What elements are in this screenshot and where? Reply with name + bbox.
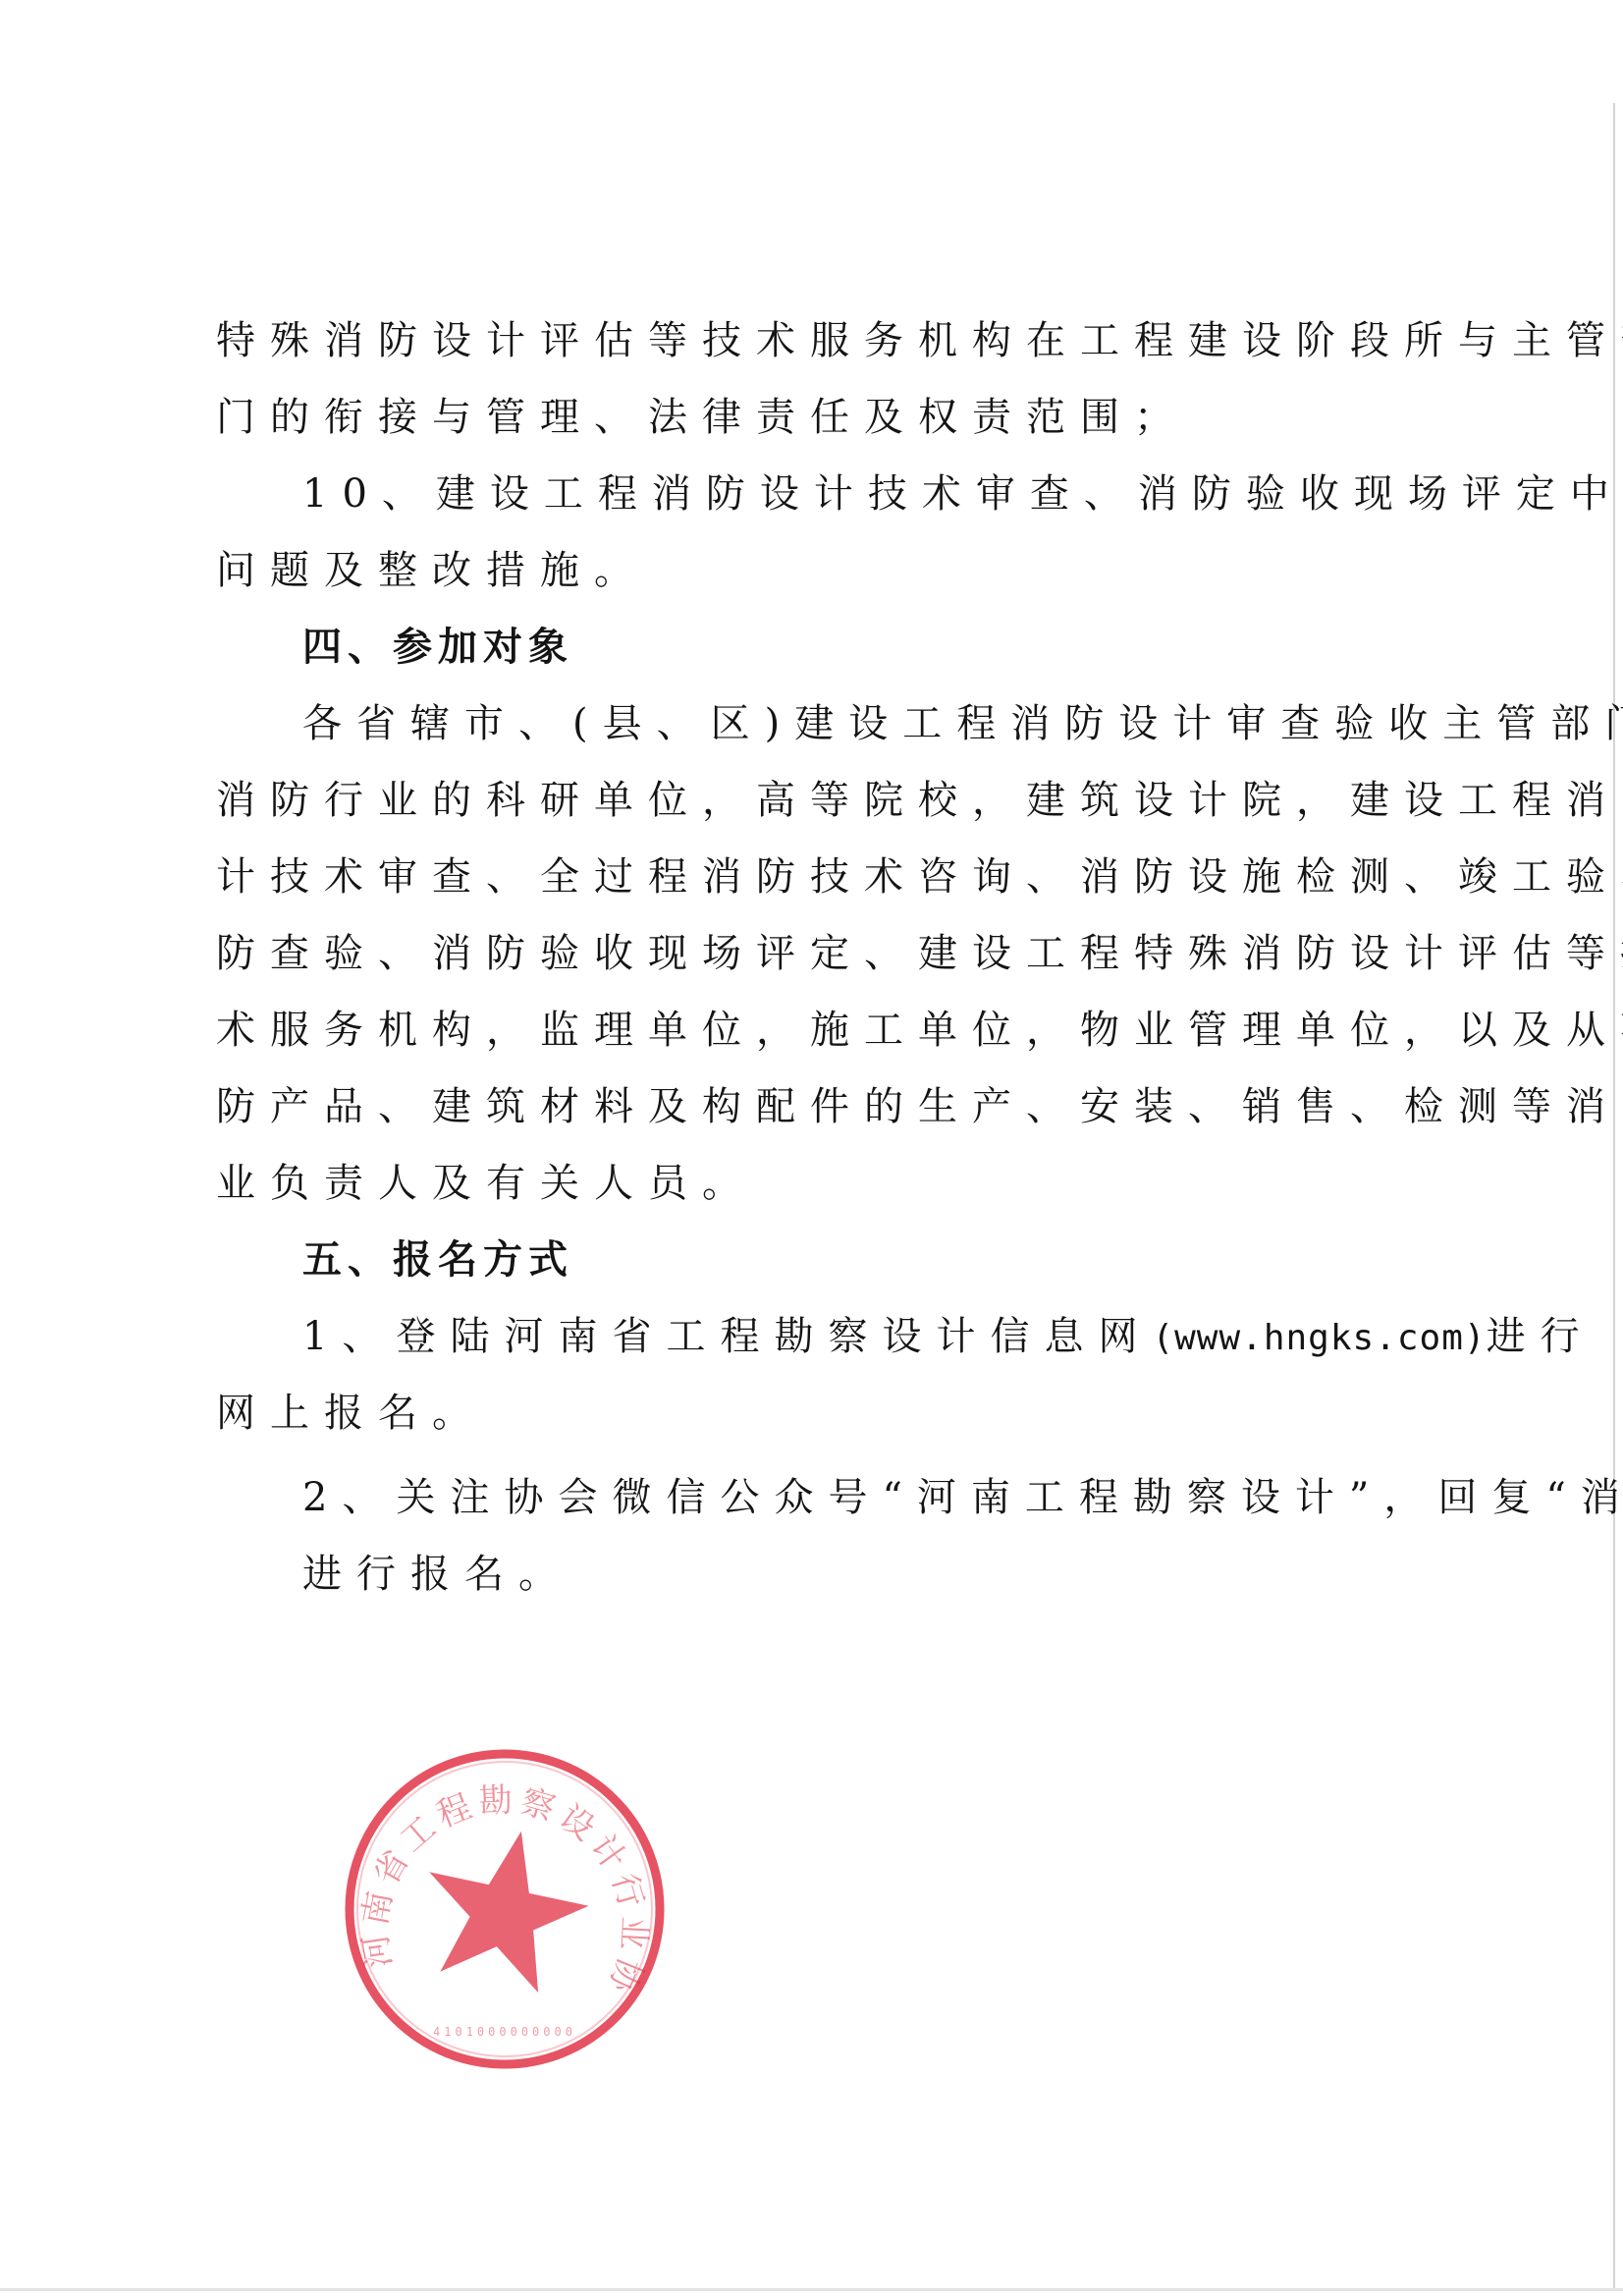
scan-edge-bottom: [0, 2288, 1623, 2291]
svg-text:4101000000000: 4101000000000: [433, 2025, 576, 2039]
red-star-seal-icon: 河南省工程勘察设计行业协会 4101000000000: [339, 1743, 671, 2075]
website-link[interactable]: (www.hngks.com): [1152, 1318, 1486, 1358]
paragraph-line: 防产品、建筑材料及构配件的生产、安装、销售、检测等消防企: [216, 1068, 1409, 1145]
paragraph-line: 特殊消防设计评估等技术服务机构在工程建设阶段所与主管部: [216, 302, 1409, 379]
registration-item-1-prefix: 1、登陆河南省工程勘察设计信息网: [302, 1314, 1152, 1359]
paragraph-line: 消防行业的科研单位，高等院校，建筑设计院，建设工程消防设: [216, 762, 1409, 839]
paragraph-line: 计技术审查、全过程消防技术咨询、消防设施检测、竣工验收消: [216, 839, 1409, 915]
paragraph-line: 业负责人及有关人员。: [216, 1145, 1409, 1222]
section-heading-registration: 五、报名方式: [216, 1222, 1409, 1298]
paragraph-line: 术服务机构，监理单位，施工单位，物业管理单位，以及从事消: [216, 992, 1409, 1068]
paragraph-line: 进行报名。: [216, 1536, 1409, 1613]
paragraph-line: 各省辖市、(县、区)建设工程消防设计审查验收主管部门，: [216, 685, 1409, 762]
list-item-10: 10、建设工程消防设计技术审查、消防验收现场评定中常见: [216, 456, 1409, 532]
document-body: 特殊消防设计评估等技术服务机构在工程建设阶段所与主管部 门的衔接与管理、法律责任…: [216, 302, 1409, 1613]
document-page: 特殊消防设计评估等技术服务机构在工程建设阶段所与主管部 门的衔接与管理、法律责任…: [0, 0, 1623, 2296]
paragraph-line: 问题及整改措施。: [216, 532, 1409, 609]
paragraph-line: 门的衔接与管理、法律责任及权责范围；: [216, 379, 1409, 456]
registration-item-1-suffix: 进行: [1487, 1314, 1595, 1359]
scan-edge-right: [1613, 103, 1615, 2288]
registration-item-2: 2、关注协会微信公众号“河南工程勘察设计”，回复“消防”: [216, 1459, 1409, 1536]
section-heading-participants: 四、参加对象: [216, 609, 1409, 685]
registration-item-1: 1、登陆河南省工程勘察设计信息网(www.hngks.com)进行: [216, 1298, 1409, 1375]
paragraph-line: 防查验、消防验收现场评定、建设工程特殊消防设计评估等技: [216, 915, 1409, 992]
paragraph-line: 网上报名。: [216, 1375, 1409, 1451]
